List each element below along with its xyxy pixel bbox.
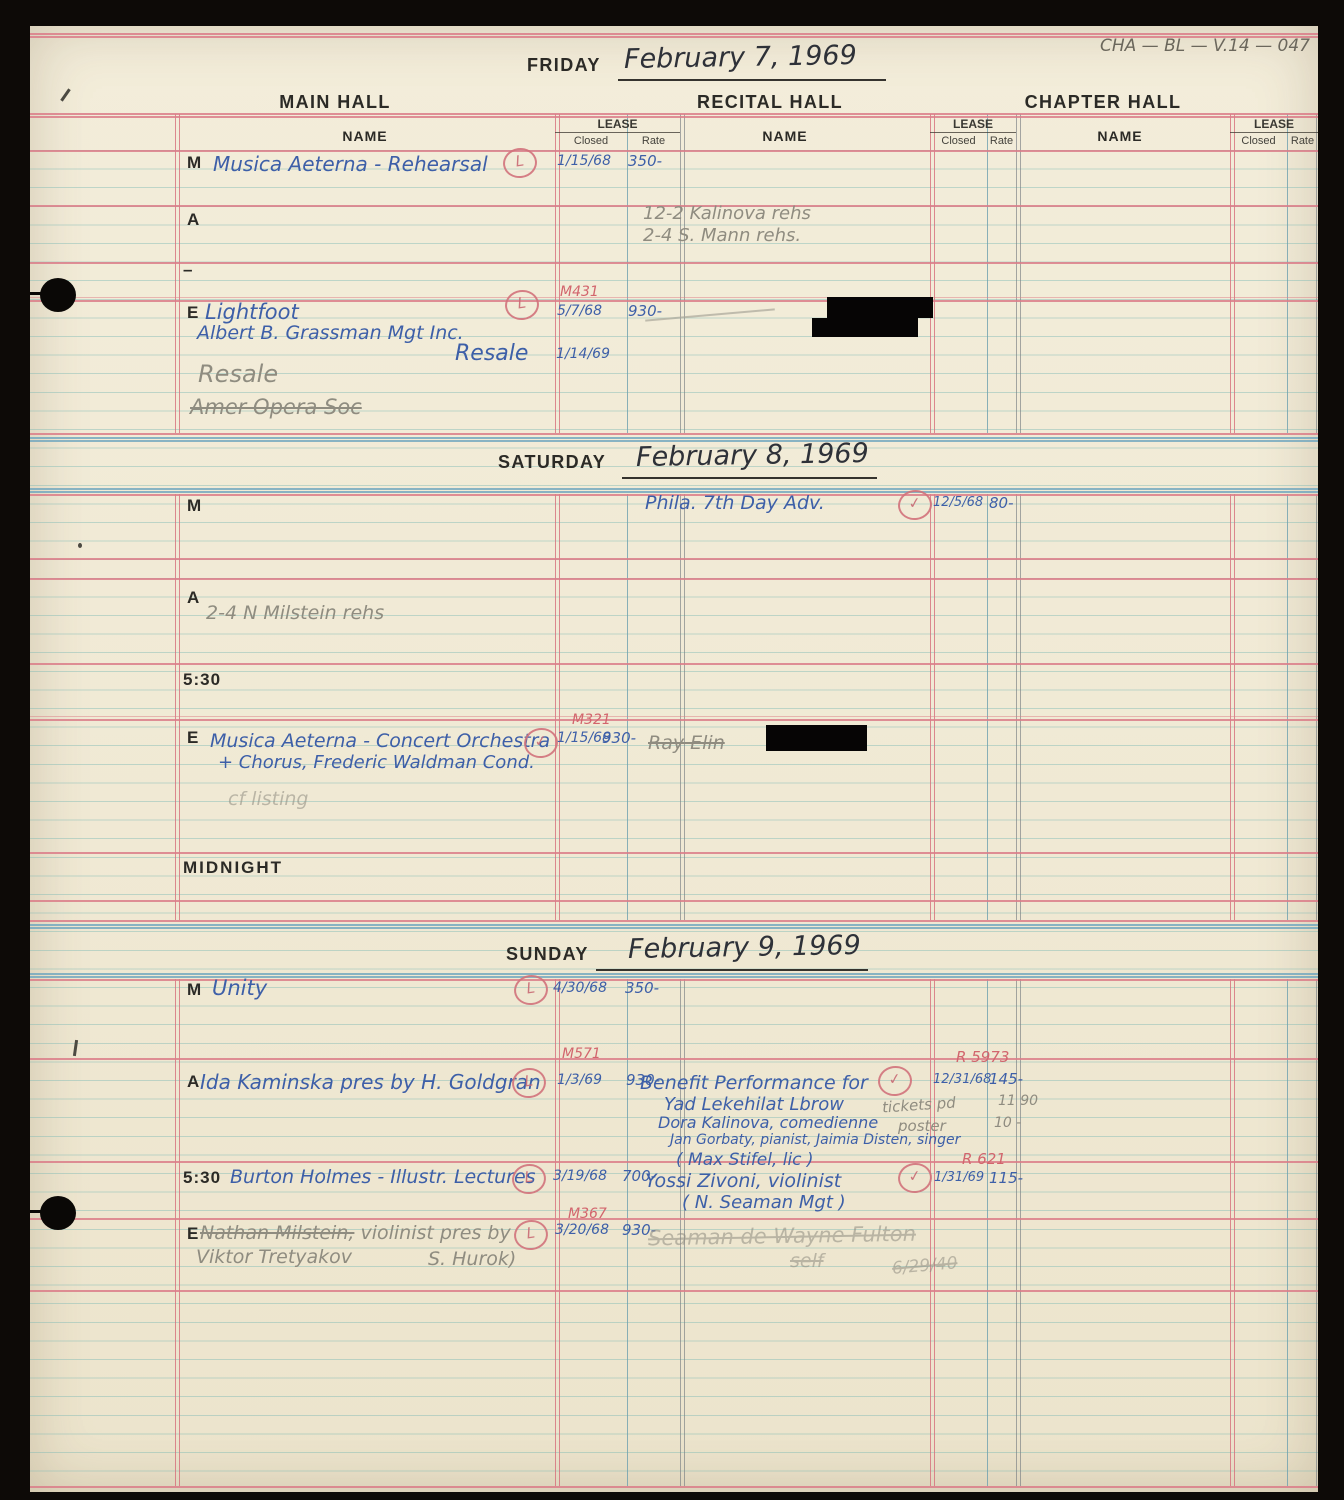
row-label-m: M xyxy=(187,153,202,173)
entry-sunday-530-recital-1: Yossi Zivoni, violinist xyxy=(645,1170,841,1192)
lease-code-friday-e: M431 xyxy=(560,284,599,300)
lease-header-chapter: LEASE xyxy=(1230,117,1318,131)
column-line xyxy=(987,114,988,433)
lease-code-sunday-a: M571 xyxy=(562,1046,601,1062)
date-underline xyxy=(618,79,886,81)
row-line xyxy=(30,973,1318,975)
entry-sunday-530-recital-rate: 115- xyxy=(989,1169,1023,1187)
entry-sunday-a-recital-closed: 12/31/68 xyxy=(933,1072,991,1087)
rate-header-chapter: Rate xyxy=(1287,135,1318,147)
entry-saturday-m-rate: 80- xyxy=(989,494,1014,512)
hall-title-main: MAIN HALL xyxy=(235,92,435,113)
row-label-m: M xyxy=(187,980,202,1000)
row-label-530: 5:30 xyxy=(183,670,221,690)
handwritten-date-saturday: February 8, 1969 xyxy=(636,438,869,473)
entry-saturday-e-note: cf listing xyxy=(228,788,308,810)
row-line xyxy=(30,113,1318,115)
redaction-bar xyxy=(766,725,867,751)
row-line xyxy=(1230,132,1318,133)
note-tickets-amount: 11 90 xyxy=(998,1093,1038,1109)
entry-friday-e-resale-pencil: Resale xyxy=(198,360,278,388)
lease-code-sunday-e: M367 xyxy=(568,1206,607,1222)
column-line xyxy=(680,114,685,433)
entry-sunday-530-recital-2: ( N. Seaman Mgt ) xyxy=(682,1192,846,1213)
row-label-midnight: MIDNIGHT xyxy=(183,858,283,878)
entry-sunday-a-recital-2: Yad Lekehilat Lbrow xyxy=(664,1094,844,1115)
row-line xyxy=(30,1161,1318,1163)
redaction-bar xyxy=(827,297,933,318)
binder-hole-notch xyxy=(30,292,44,295)
row-line xyxy=(30,719,1318,721)
entry-saturday-e-main-1: Musica Aeterna - Concert Orchestra xyxy=(210,730,550,752)
entry-sunday-e-recital-struck2: self xyxy=(790,1250,824,1272)
entry-friday-e-main-1: Lightfoot xyxy=(205,300,299,324)
day-label-sunday: SUNDAY xyxy=(506,944,589,965)
row-line xyxy=(30,1218,1318,1220)
row-line xyxy=(30,488,1318,490)
handwritten-date-friday: February 7, 1969 xyxy=(624,40,857,75)
row-line xyxy=(30,433,1318,435)
date-underline xyxy=(622,477,877,479)
row-label-e: E xyxy=(187,1224,199,1244)
row-label-a: A xyxy=(187,588,200,608)
ruled-lines xyxy=(30,150,1318,1488)
entry-friday-e-closed: 5/7/68 xyxy=(557,303,602,319)
handwritten-date-sunday: February 9, 1969 xyxy=(628,930,861,965)
binder-hole xyxy=(40,278,76,312)
row-line xyxy=(30,1486,1318,1488)
binder-hole xyxy=(40,1196,76,1230)
entry-friday-m-main: Musica Aeterna - Rehearsal xyxy=(213,152,488,176)
row-line xyxy=(30,297,1318,298)
row-line xyxy=(555,132,680,133)
row-line xyxy=(30,927,1318,929)
entry-saturday-e-main-2: + Chorus, Frederic Waldman Cond. xyxy=(218,752,535,773)
binder-hole-notch xyxy=(30,1210,44,1213)
lease-header-main: LEASE xyxy=(555,117,680,131)
lease-code-sunday-a-recital: R 5973 xyxy=(956,1048,1009,1066)
entry-sunday-e-main-1: Nathan Milstein, violinist pres by xyxy=(200,1222,511,1244)
row-label-a: A xyxy=(187,210,200,230)
rate-header-recital: Rate xyxy=(987,135,1016,147)
hall-title-recital: RECITAL HALL xyxy=(670,92,870,113)
name-header-chapter: NAME xyxy=(1020,128,1220,144)
entry-saturday-a-main: 2-4 N Milstein rehs xyxy=(206,602,384,624)
lease-code-sunday-530-recital: R 621 xyxy=(962,1150,1006,1168)
closed-header-chapter: Closed xyxy=(1230,135,1287,147)
row-line xyxy=(30,852,1318,854)
row-line xyxy=(30,924,1318,926)
entry-friday-e-rate: 930- xyxy=(628,302,662,320)
entry-sunday-e-closed: 3/20/68 xyxy=(555,1222,609,1238)
entry-sunday-a-recital-rate: 145- xyxy=(989,1070,1023,1088)
column-line xyxy=(175,979,180,1486)
rate-header-main: Rate xyxy=(627,135,680,147)
closed-header-main: Closed xyxy=(555,135,627,147)
entry-rest: violinist pres by xyxy=(360,1222,510,1244)
column-line xyxy=(1016,979,1021,1486)
entry-friday-m-closed: 1/15/68 xyxy=(557,153,611,169)
closed-header-recital: Closed xyxy=(930,135,987,147)
entry-sunday-530-closed: 3/19/68 xyxy=(553,1168,607,1184)
row-label-e: E xyxy=(187,303,199,323)
column-line xyxy=(1016,114,1021,433)
entry-friday-a-recital-1: 12-2 Kalinova rehs xyxy=(643,203,811,224)
entry-friday-e-resale-date: 1/14/69 xyxy=(556,346,610,362)
row-line xyxy=(30,900,1318,902)
row-line xyxy=(30,663,1318,665)
row-line xyxy=(30,558,1318,560)
column-line xyxy=(1230,114,1235,433)
date-underline xyxy=(596,969,868,971)
row-line xyxy=(30,33,1318,35)
entry-sunday-a-recital-5: ( Max Stifel, lic ) xyxy=(676,1150,814,1170)
entry-sunday-530-recital-closed: 1/31/69 xyxy=(934,1170,984,1185)
entry-friday-e-resale-ink: Resale xyxy=(455,341,528,366)
entry-sunday-e-recital-struck: Seaman de Wayne Fulton xyxy=(648,1222,916,1251)
entry-friday-m-rate: 350- xyxy=(628,152,662,170)
entry-sunday-m-rate: 350- xyxy=(625,979,659,997)
column-line xyxy=(1287,979,1288,1486)
row-label-dash: – xyxy=(183,260,193,280)
row-line xyxy=(30,1058,1318,1060)
entry-friday-a-recital-2: 2-4 S. Mann rehs. xyxy=(643,225,801,246)
column-line xyxy=(1316,979,1317,1486)
row-label-m: M xyxy=(187,496,202,516)
entry-saturday-e-recital-struck: Ray Elin xyxy=(648,732,725,754)
note-poster: poster xyxy=(898,1117,946,1135)
lease-code-saturday-e: M321 xyxy=(572,712,611,728)
entry-sunday-a-recital-3: Dora Kalinova, comedienne xyxy=(658,1113,878,1132)
column-line xyxy=(175,114,180,433)
entry-sunday-a-recital-1: Benefit Performance for xyxy=(640,1072,868,1094)
row-line xyxy=(30,437,1318,439)
name-header-recital: NAME xyxy=(685,128,885,144)
entry-sunday-530-main: Burton Holmes - Illustr. Lectures xyxy=(230,1166,536,1188)
row-line xyxy=(30,262,1318,264)
day-label-saturday: SATURDAY xyxy=(498,452,606,473)
row-label-e: E xyxy=(187,728,199,748)
row-line xyxy=(30,1290,1318,1292)
column-line xyxy=(930,114,935,433)
entry-friday-e-main-2: Albert B. Grassman Mgt Inc. xyxy=(197,322,464,344)
pencil-tick-mark xyxy=(78,543,82,548)
entry-friday-e-struck: Amer Opera Soc xyxy=(190,395,362,419)
redaction-bar xyxy=(812,318,918,337)
entry-sunday-m-closed: 4/30/68 xyxy=(553,980,607,996)
entry-sunday-a-closed: 1/3/69 xyxy=(557,1072,602,1088)
row-line xyxy=(30,716,1318,717)
column-line xyxy=(1287,114,1288,433)
column-line xyxy=(1230,979,1235,1486)
entry-sunday-e-main-2: Viktor Tretyakov xyxy=(196,1246,352,1268)
entry-sunday-m-main: Unity xyxy=(212,976,267,1000)
note-poster-amount: 10 - xyxy=(994,1115,1021,1131)
entry-saturday-m-closed: 12/5/68 xyxy=(933,495,983,510)
lease-header-recital: LEASE xyxy=(930,117,1016,131)
entry-saturday-m-recital: Phila. 7th Day Adv. xyxy=(645,492,825,514)
ledger-page: CHA — BL — V.14 — 047 FRIDAY February 7,… xyxy=(0,0,1344,1500)
hall-title-chapter: CHAPTER HALL xyxy=(1003,92,1203,113)
archive-reference: CHA — BL — V.14 — 047 xyxy=(1100,36,1310,56)
row-line xyxy=(930,132,1016,133)
row-line xyxy=(30,578,1318,580)
row-label-530: 5:30 xyxy=(183,1168,221,1188)
column-line xyxy=(1316,114,1317,433)
day-label-friday: FRIDAY xyxy=(527,55,601,76)
entry-saturday-e-rate: 930- xyxy=(602,729,636,747)
entry-sunday-e-main-2b: S. Hurok) xyxy=(428,1248,516,1270)
column-line xyxy=(930,979,935,1486)
struck-name: Nathan Milstein, xyxy=(200,1222,354,1244)
row-line xyxy=(30,920,1318,922)
name-header-main: NAME xyxy=(265,128,465,144)
row-label-a: A xyxy=(187,1072,200,1092)
entry-sunday-a-main: Ida Kaminska pres by H. Goldgran xyxy=(200,1070,541,1094)
